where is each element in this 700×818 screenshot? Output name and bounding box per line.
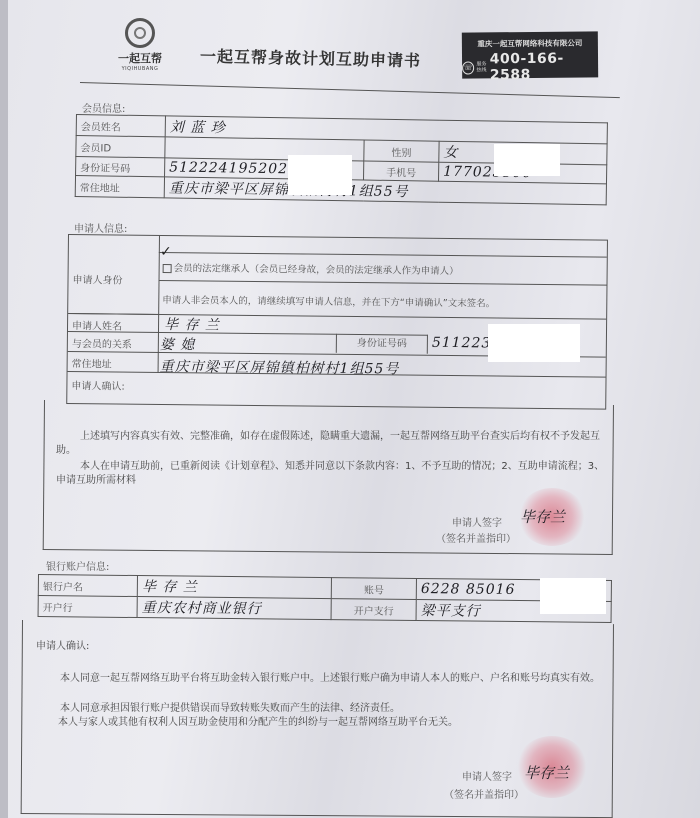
relation-label: 与会员的关系 (72, 335, 132, 351)
applicant-address-label: 常住地址 (72, 355, 112, 370)
confirm-paragraph-2: 本人在申请互助前，已重新阅读《计划章程》、知悉并同意以下条款内容：1、不予互助的… (56, 460, 608, 488)
company-name: 重庆一起互帮网络科技有限公司 (462, 37, 598, 49)
bank-confirm-paragraph-2: 本人同意承担因银行账户提供错误而导致转账失败而产生的法律、经济责任。 (60, 702, 604, 716)
redaction-block (488, 324, 580, 362)
bank-confirm-label: 申请人确认: (36, 640, 89, 654)
identity-note: 申请人非会员本人的，请继续填写申请人信息，并在下方“申请确认”文末签名。 (162, 292, 495, 309)
brand-logo: 一起互帮 YIQIHUBANG (112, 18, 168, 72)
checkbox[interactable] (163, 264, 172, 273)
paper-edge (0, 0, 8, 818)
applicant-section-label: 申请人信息: (74, 220, 127, 235)
hotline-label: 服务热线 (476, 61, 487, 73)
bank-sign-label: 申请人签字 (462, 768, 512, 783)
bank-confirm-paragraph-3: 本人与家人或其他有权利人因互助金使用和分配产生的纠纷与一起互帮网络互助平台无关。 (58, 716, 618, 730)
member-id-label: 会员ID (76, 136, 165, 158)
holder-label: 银行户名 (38, 575, 137, 597)
redaction-block (288, 155, 352, 195)
applicant-sign-note: （签名并盖指印） (436, 530, 516, 545)
applicant-idcard-label: 身份证号码 (336, 334, 428, 354)
gender-handwriting: 女 (443, 145, 458, 161)
row-divider (159, 252, 607, 258)
hotline-banner: 重庆一起互帮网络科技有限公司 ☏ 服务热线 400-166-2588 (462, 31, 598, 78)
bank-confirm-paragraph-1: 本人同意一起互帮网络互助平台将互助金转入银行账户中。上述银行账户确为申请人本人的… (32, 672, 604, 686)
account-handwriting: 6228 85016 (421, 581, 516, 598)
holder-value: 毕 存 兰 (137, 576, 331, 599)
phone-label: 手机号 (363, 161, 438, 181)
member-idcard-label: 身份证号码 (76, 157, 165, 177)
bank-section-label: 银行账户信息: (46, 558, 109, 573)
logo-swirl-icon (125, 18, 155, 48)
member-name-handwriting: 刘 蓝 珍 (170, 119, 226, 136)
member-idcard-handwriting: 5122241952022 (169, 159, 298, 177)
member-name-label: 会员姓名 (76, 115, 165, 137)
logo-subtext: YIQIHUBANG (112, 66, 168, 72)
applicant-sign-label: 申请人签字 (452, 514, 502, 529)
bank-name-label: 开户行 (38, 596, 137, 618)
applicant-confirm-label: 申请人确认: (71, 377, 125, 393)
confirm-paragraph-1: 上述填写内容真实有效、完整准确，如存在虚假陈述，隐瞒重大遗漏，一起互帮网络互助平… (56, 430, 608, 458)
identity-option-heir[interactable]: 会员的法定继承人（会员已经身故，会员的法定继承人作为申请人） (163, 260, 459, 277)
bank-signature: 毕存兰 (524, 762, 569, 783)
row-divider (68, 313, 606, 320)
applicant-info-box: 申请人身份 会员的法定继承人（会员已经身故，会员的法定继承人作为申请人） 申请人… (66, 234, 608, 410)
member-address-label: 常住地址 (75, 176, 164, 198)
identity-option-label: 会员的法定继承人（会员已经身故，会员的法定继承人作为申请人） (174, 263, 459, 277)
identity-label-cell: 申请人身份 (68, 235, 160, 315)
gender-label: 性别 (364, 140, 439, 162)
redaction-block (494, 144, 560, 176)
identity-label: 申请人身份 (72, 271, 122, 287)
checkmark-icon: ✓ (160, 244, 172, 260)
branch-label: 开户支行 (331, 599, 416, 621)
phone-icon: ☏ (462, 61, 474, 74)
holder-handwriting: 毕 存 兰 (142, 579, 198, 596)
bank-name-handwriting: 重庆农村商业银行 (142, 600, 262, 617)
applicant-signature: 毕存兰 (520, 506, 565, 527)
hotline-number: 400-166-2588 (490, 50, 599, 83)
bank-sign-note: （签名并盖指印） (444, 786, 524, 801)
document-title: 一起互帮身故计划互助申请书 (200, 44, 421, 72)
redaction-block (540, 578, 606, 614)
bank-name-value: 重庆农村商业银行 (137, 597, 331, 620)
row-divider (159, 280, 607, 286)
bank-info-table: 银行户名 毕 存 兰 账号 6228 85016 开户行 重庆农村商业银行 开户… (38, 574, 612, 623)
member-section-label: 会员信息: (82, 100, 125, 115)
account-label: 账号 (331, 578, 416, 600)
branch-handwriting: 梁平支行 (421, 603, 481, 620)
logo-text: 一起互帮 (112, 50, 168, 66)
